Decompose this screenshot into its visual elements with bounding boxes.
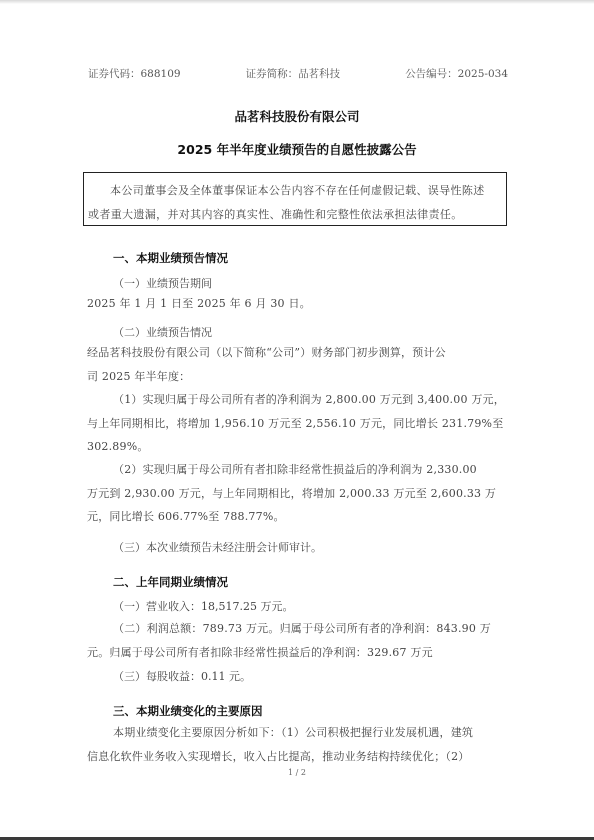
intro-line-2: 司 2025 年半年度： bbox=[87, 365, 509, 389]
item2-line-2: 万元到 2,930.00 万元，与上年同期相比，将增加 2,000.33 万元至… bbox=[87, 482, 509, 506]
section-1-sub2-title: （二）业绩预告情况 bbox=[113, 324, 212, 340]
section-3-body: 本期业绩变化主要原因分析如下：（1）公司积极把握行业发展机遇，建筑 信息化软件业… bbox=[87, 721, 509, 768]
stock-name: 证券简称：品茗科技 bbox=[246, 66, 341, 81]
item2-line-1: （二）利润总额：789.73 万元。归属于母公司所有者的净利润：843.90 万 bbox=[87, 617, 509, 641]
item1-line-2: 与上年同期相比，将增加 1,956.10 万元至 2,556.10 万元，同比增… bbox=[87, 412, 509, 436]
page-number: 1 / 2 bbox=[0, 768, 594, 777]
document-page: 证券代码：688109 证券简称：品茗科技 公告编号：2025-034 品茗科技… bbox=[0, 0, 594, 838]
section-2-item-2: （二）利润总额：789.73 万元。归属于母公司所有者的净利润：843.90 万… bbox=[87, 617, 509, 664]
section-2-heading: 二、上年同期业绩情况 bbox=[113, 574, 228, 590]
item2-line-2: 元。归属于母公司所有者扣除非经常性损益后的净利润：329.67 万元 bbox=[87, 641, 509, 665]
body-line-1: 本期业绩变化主要原因分析如下：（1）公司积极把握行业发展机遇，建筑 bbox=[87, 721, 509, 745]
item1-line-1: （1）实现归属于母公司所有者的净利润为 2,800.00 万元到 3,400.0… bbox=[87, 388, 509, 412]
notice-line-1: 本公司董事会及全体董事保证本公告内容不存在任何虚假记载、误导性陈述 bbox=[88, 179, 503, 203]
body-line-2: 信息化软件业务收入实现增长，收入占比提高，推动业务结构持续优化；（2） bbox=[87, 745, 509, 769]
announcement-number: 公告编号：2025-034 bbox=[405, 66, 508, 81]
section-1-sub1-body: 2025 年 1 月 1 日至 2025 年 6 月 30 日。 bbox=[87, 292, 509, 316]
item1-line-3: 302.89%。 bbox=[87, 435, 509, 459]
document-title: 2025 年半年度业绩预告的自愿性披露公告 bbox=[0, 140, 594, 158]
forecast-item-2: （2）实现归属于母公司所有者扣除非经常性损益后的净利润为 2,330.00 万元… bbox=[87, 458, 509, 529]
intro-line-1: 经品茗科技股份有限公司（以下简称“公司”）财务部门初步测算，预计公 bbox=[87, 341, 509, 365]
section-2-item-1: （一）营业收入：18,517.25 万元。 bbox=[113, 598, 293, 614]
item2-line-1: （2）实现归属于母公司所有者扣除非经常性损益后的净利润为 2,330.00 bbox=[87, 458, 509, 482]
notice-line-2: 或者重大遗漏，并对其内容的真实性、准确性和完整性依法承担法律责任。 bbox=[88, 203, 503, 227]
section-1-heading: 一、本期业绩预告情况 bbox=[113, 250, 228, 266]
stock-code: 证券代码：688109 bbox=[88, 66, 181, 81]
announcement-header: 证券代码：688109 证券简称：品茗科技 公告编号：2025-034 bbox=[88, 66, 508, 81]
board-guarantee-notice: 本公司董事会及全体董事保证本公告内容不存在任何虚假记载、误导性陈述 或者重大遗漏… bbox=[83, 172, 507, 226]
section-1-sub1-title: （一）业绩预告期间 bbox=[113, 275, 212, 291]
forecast-item-1: （1）实现归属于母公司所有者的净利润为 2,800.00 万元到 3,400.0… bbox=[87, 388, 509, 459]
item2-line-3: 元，同比增长 606.77%至 788.77%。 bbox=[87, 505, 509, 529]
section-2-item-3: （三）每股收益：0.11 元。 bbox=[113, 668, 251, 684]
section-1-sub3: （三）本次业绩预告未经注册会计师审计。 bbox=[113, 539, 322, 555]
section-1-sub2-intro: 经品茗科技股份有限公司（以下简称“公司”）财务部门初步测算，预计公 司 2025… bbox=[87, 341, 509, 388]
section-3-heading: 三、本期业绩变化的主要原因 bbox=[113, 703, 263, 719]
company-title: 品茗科技股份有限公司 bbox=[0, 107, 594, 125]
